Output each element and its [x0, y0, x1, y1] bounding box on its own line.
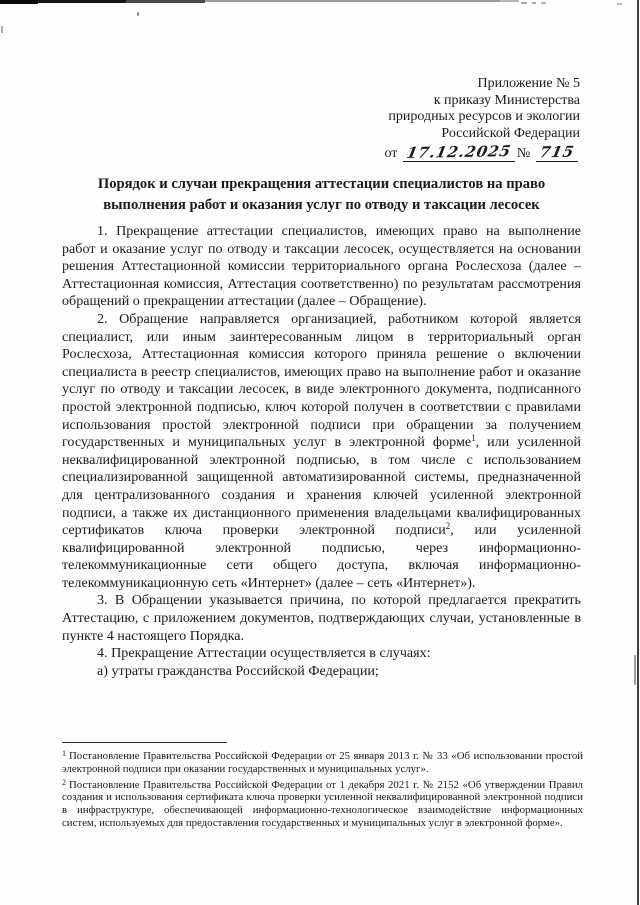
- date-prefix-label: от: [384, 146, 397, 161]
- scan-artifact-top-edge: [0, 0, 38, 4]
- appendix-header-line: Российской Федерации: [384, 126, 580, 143]
- scan-artifact-speck: [617, 3, 622, 5]
- scan-artifact-speck: [532, 2, 536, 4]
- scan-artifact-right-edge: [637, 0, 639, 905]
- appendix-header-line: Приложение № 5: [384, 76, 580, 93]
- handwritten-order-number: 715: [536, 145, 578, 162]
- document-body: 1. Прекращение аттестации специалистов, …: [62, 223, 581, 741]
- scan-artifact-top-edge: [500, 0, 519, 2]
- footnote-1: 1Постановление Правительства Российской …: [62, 748, 583, 776]
- paragraph-4a: а) утраты гражданства Российской Федерац…: [62, 663, 581, 681]
- footnote-2: 2Постановление Правительства Российской …: [62, 777, 583, 830]
- appendix-header-line: природных ресурсов и экологии: [384, 109, 580, 126]
- paragraph-3: 3. В Обращении указывается причина, по к…: [62, 592, 581, 645]
- appendix-header-line: к приказу Министерства: [384, 93, 580, 110]
- scan-artifact-top-edge: [126, 0, 205, 3]
- number-sign-label: №: [517, 146, 530, 161]
- scan-artifact-speck: [137, 12, 139, 16]
- footnote-2-marker: 2: [62, 778, 69, 787]
- scan-artifact-top-edge: [38, 0, 126, 3]
- order-date-number-line: от 17.12.2025№ 715: [384, 145, 580, 163]
- paragraph-1: 1. Прекращение аттестации специалистов, …: [62, 223, 581, 311]
- scanned-document-page: Приложение № 5 к приказу Министерства пр…: [0, 0, 640, 905]
- scan-artifact-speck: [521, 2, 527, 4]
- paragraph-4: 4. Прекращение Аттестации осуществляется…: [62, 645, 581, 663]
- scan-artifact-speck: [1, 26, 3, 33]
- document-title: Порядок и случаи прекращения аттестации …: [62, 174, 581, 216]
- paragraph-2: 2. Обращение направляется организацией, …: [62, 311, 581, 593]
- footnote-separator: [62, 742, 227, 743]
- scan-artifact-speck: [541, 2, 546, 4]
- appendix-header: Приложение № 5 к приказу Министерства пр…: [384, 76, 580, 163]
- handwritten-date: 17.12.2025: [403, 145, 515, 162]
- footnote-1-marker: 1: [62, 749, 69, 758]
- scan-artifact-top-edge: [205, 0, 500, 2]
- footnotes-section: 1Постановление Правительства Российской …: [62, 748, 583, 831]
- scan-artifact-smudge: [634, 655, 636, 685]
